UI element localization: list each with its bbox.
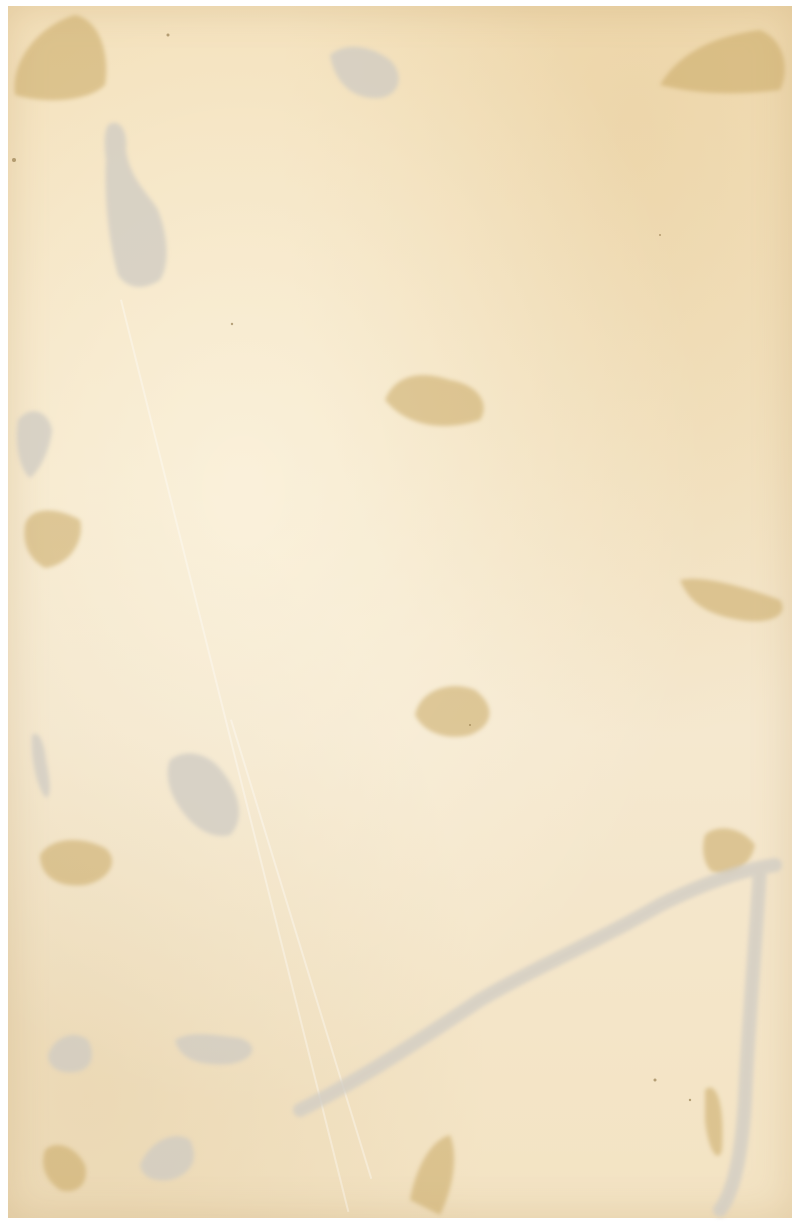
water-streak: [300, 865, 775, 1210]
stain-layer: [0, 0, 800, 1225]
water-stains: [17, 47, 399, 1181]
